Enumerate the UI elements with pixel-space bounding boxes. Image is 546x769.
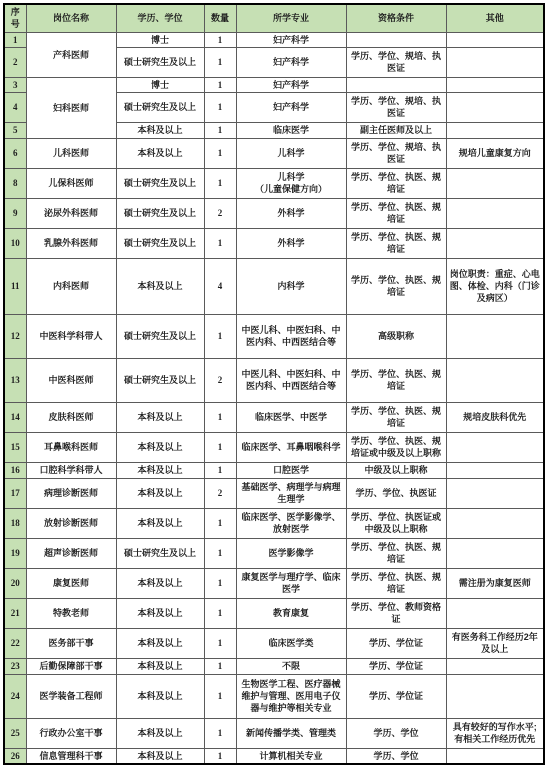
other-cell: 岗位职责：重症、心电图、体检、内科（门诊及病区）: [446, 258, 544, 314]
serial-number-cell: 21: [4, 598, 26, 628]
other-cell: [446, 598, 544, 628]
qualifications-cell: 高级职称: [346, 314, 446, 358]
other-cell: [446, 92, 544, 122]
position-name-cell: 产科医师: [26, 32, 116, 77]
other-cell: [446, 47, 544, 77]
serial-number-cell: 12: [4, 314, 26, 358]
other-cell: [446, 198, 544, 228]
other-cell: [446, 432, 544, 462]
position-name-cell: 超声诊断医师: [26, 538, 116, 568]
quantity-cell: 1: [204, 314, 236, 358]
education-degree-cell: 本科及以上: [116, 402, 204, 432]
serial-number-cell: 19: [4, 538, 26, 568]
table-row: 11内科医师本科及以上4内科学学历、学位、执医、规培证岗位职责：重症、心电图、体…: [4, 258, 544, 314]
qualifications-cell: 学历、学位、执医、规培证: [346, 568, 446, 598]
serial-number-cell: 24: [4, 674, 26, 718]
other-cell: [446, 674, 544, 718]
other-cell: [446, 122, 544, 138]
header-quantity: 数量: [204, 4, 236, 32]
education-degree-cell: 本科及以上: [116, 122, 204, 138]
quantity-cell: 1: [204, 748, 236, 764]
qualifications-cell: 学历、学位、教师资格证: [346, 598, 446, 628]
position-name-cell: 儿科医师: [26, 138, 116, 168]
other-cell: 规培皮肤科优先: [446, 402, 544, 432]
quantity-cell: 2: [204, 478, 236, 508]
position-name-cell: 妇科医师: [26, 77, 116, 138]
serial-number-cell: 13: [4, 358, 26, 402]
position-name-cell: 医务部干事: [26, 628, 116, 658]
table-row: 26信息管理科干事本科及以上1计算机相关专业学历、学位: [4, 748, 544, 764]
table-row: 23后勤保障部干事本科及以上1不限学历、学位证: [4, 658, 544, 674]
table-row: 25行政办公室干事本科及以上1新闻传播学类、管理类学历、学位具有较好的写作水平;…: [4, 718, 544, 748]
qualifications-cell: 学历、学位、执医、规培证或中级及以上职称: [346, 432, 446, 462]
position-name-cell: 放射诊断医师: [26, 508, 116, 538]
recruitment-table: 序号 岗位名称 学历、学位 数量 所学专业 资格条件 其他 1产科医师博士1妇产…: [3, 3, 545, 765]
serial-number-cell: 6: [4, 138, 26, 168]
quantity-cell: 1: [204, 47, 236, 77]
quantity-cell: 1: [204, 598, 236, 628]
other-cell: 有医务科工作经历2年及以上: [446, 628, 544, 658]
major-cell: 中医儿科、中医妇科、中医内科、中西医结合等: [236, 358, 346, 402]
qualifications-cell: [346, 32, 446, 47]
other-cell: 需注册为康复医师: [446, 568, 544, 598]
major-cell: 妇产科学: [236, 32, 346, 47]
position-name-cell: 耳鼻喉科医师: [26, 432, 116, 462]
major-cell: 临床医学类: [236, 628, 346, 658]
education-degree-cell: 本科及以上: [116, 568, 204, 598]
qualifications-cell: 学历、学位、执医、规培证: [346, 402, 446, 432]
position-name-cell: 中医科医师: [26, 358, 116, 402]
major-cell: 内科学: [236, 258, 346, 314]
position-name-cell: 儿保科医师: [26, 168, 116, 198]
table-row: 24医学装备工程师本科及以上1生物医学工程、医疗器械维护与管理、医用电子仪器与维…: [4, 674, 544, 718]
position-name-cell: 病理诊断医师: [26, 478, 116, 508]
education-degree-cell: 本科及以上: [116, 598, 204, 628]
serial-number-cell: 9: [4, 198, 26, 228]
table-row: 8儿保科医师硕士研究生及以上1儿科学 （儿童保健方向）学历、学位、执医、规培证: [4, 168, 544, 198]
qualifications-cell: 副主任医师及以上: [346, 122, 446, 138]
table-row: 10乳腺外科医师硕士研究生及以上1外科学学历、学位、执医、规培证: [4, 228, 544, 258]
qualifications-cell: 学历、学位、规培、执医证: [346, 138, 446, 168]
qualifications-cell: 学历、学位、执医、规培证: [346, 228, 446, 258]
quantity-cell: 1: [204, 122, 236, 138]
position-name-cell: 信息管理科干事: [26, 748, 116, 764]
qualifications-cell: [346, 77, 446, 92]
education-degree-cell: 硕士研究生及以上: [116, 358, 204, 402]
education-degree-cell: 本科及以上: [116, 674, 204, 718]
position-name-cell: 行政办公室干事: [26, 718, 116, 748]
major-cell: 妇产科学: [236, 92, 346, 122]
position-name-cell: 中医科学科带人: [26, 314, 116, 358]
other-cell: [446, 358, 544, 402]
major-cell: 医学影像学: [236, 538, 346, 568]
major-cell: 中医儿科、中医妇科、中医内科、中西医结合等: [236, 314, 346, 358]
education-degree-cell: 硕士研究生及以上: [116, 198, 204, 228]
serial-number-cell: 20: [4, 568, 26, 598]
serial-number-cell: 23: [4, 658, 26, 674]
header-other: 其他: [446, 4, 544, 32]
table-row: 18放射诊断医师本科及以上1临床医学、医学影像学、放射医学学历、学位、执医证或中…: [4, 508, 544, 538]
other-cell: [446, 508, 544, 538]
major-cell: 儿科学: [236, 138, 346, 168]
table-row: 3妇科医师博士1妇产科学: [4, 77, 544, 92]
education-degree-cell: 本科及以上: [116, 628, 204, 658]
serial-number-cell: 15: [4, 432, 26, 462]
serial-number-cell: 14: [4, 402, 26, 432]
position-name-cell: 乳腺外科医师: [26, 228, 116, 258]
education-degree-cell: 本科及以上: [116, 718, 204, 748]
quantity-cell: 1: [204, 538, 236, 568]
qualifications-cell: 中级及以上职称: [346, 462, 446, 478]
serial-number-cell: 8: [4, 168, 26, 198]
major-cell: 儿科学 （儿童保健方向）: [236, 168, 346, 198]
table-row: 1产科医师博士1妇产科学: [4, 32, 544, 47]
quantity-cell: 4: [204, 258, 236, 314]
education-degree-cell: 本科及以上: [116, 478, 204, 508]
qualifications-cell: 学历、学位: [346, 748, 446, 764]
table-row: 13中医科医师硕士研究生及以上2中医儿科、中医妇科、中医内科、中西医结合等学历、…: [4, 358, 544, 402]
header-education-degree: 学历、学位: [116, 4, 204, 32]
quantity-cell: 1: [204, 228, 236, 258]
education-degree-cell: 硕士研究生及以上: [116, 47, 204, 77]
qualifications-cell: 学历、学位证: [346, 628, 446, 658]
serial-number-cell: 26: [4, 748, 26, 764]
qualifications-cell: 学历、学位、执医证或中级及以上职称: [346, 508, 446, 538]
position-name-cell: 康复医师: [26, 568, 116, 598]
other-cell: [446, 462, 544, 478]
serial-number-cell: 25: [4, 718, 26, 748]
major-cell: 不限: [236, 658, 346, 674]
qualifications-cell: 学历、学位证: [346, 658, 446, 674]
major-cell: 口腔医学: [236, 462, 346, 478]
quantity-cell: 2: [204, 198, 236, 228]
education-degree-cell: 博士: [116, 77, 204, 92]
quantity-cell: 1: [204, 77, 236, 92]
education-degree-cell: 本科及以上: [116, 432, 204, 462]
major-cell: 生物医学工程、医疗器械维护与管理、医用电子仪器与维护等相关专业: [236, 674, 346, 718]
table-row: 22医务部干事本科及以上1临床医学类学历、学位证有医务科工作经历2年及以上: [4, 628, 544, 658]
major-cell: 临床医学、医学影像学、放射医学: [236, 508, 346, 538]
major-cell: 康复医学与理疗学、临床医学: [236, 568, 346, 598]
education-degree-cell: 硕士研究生及以上: [116, 538, 204, 568]
position-name-cell: 皮肤科医师: [26, 402, 116, 432]
major-cell: 基础医学、病理学与病理生理学: [236, 478, 346, 508]
serial-number-cell: 3: [4, 77, 26, 92]
education-degree-cell: 本科及以上: [116, 138, 204, 168]
quantity-cell: 1: [204, 628, 236, 658]
serial-number-cell: 10: [4, 228, 26, 258]
education-degree-cell: 博士: [116, 32, 204, 47]
position-name-cell: 特教老师: [26, 598, 116, 628]
other-cell: [446, 168, 544, 198]
position-name-cell: 泌尿外科医师: [26, 198, 116, 228]
qualifications-cell: 学历、学位、执医、规培证: [346, 168, 446, 198]
education-degree-cell: 本科及以上: [116, 748, 204, 764]
qualifications-cell: 学历、学位: [346, 718, 446, 748]
position-name-cell: 内科医师: [26, 258, 116, 314]
major-cell: 外科学: [236, 228, 346, 258]
qualifications-cell: 学历、学位、执医、规培证: [346, 358, 446, 402]
page: 序号 岗位名称 学历、学位 数量 所学专业 资格条件 其他 1产科医师博士1妇产…: [0, 0, 546, 769]
table-row: 9泌尿外科医师硕士研究生及以上2外科学学历、学位、执医、规培证: [4, 198, 544, 228]
quantity-cell: 1: [204, 402, 236, 432]
education-degree-cell: 硕士研究生及以上: [116, 228, 204, 258]
quantity-cell: 1: [204, 658, 236, 674]
qualifications-cell: 学历、学位、执医、规培证: [346, 258, 446, 314]
table-row: 17病理诊断医师本科及以上2基础医学、病理学与病理生理学学历、学位、执医证: [4, 478, 544, 508]
major-cell: 临床医学、耳鼻咽喉科学: [236, 432, 346, 462]
table-header: 序号 岗位名称 学历、学位 数量 所学专业 资格条件 其他: [4, 4, 544, 32]
education-degree-cell: 本科及以上: [116, 258, 204, 314]
serial-number-cell: 22: [4, 628, 26, 658]
education-degree-cell: 硕士研究生及以上: [116, 168, 204, 198]
table-body: 1产科医师博士1妇产科学2硕士研究生及以上1妇产科学学历、学位、规培、执医证3妇…: [4, 32, 544, 764]
table-row: 6儿科医师本科及以上1儿科学学历、学位、规培、执医证规培儿童康复方向: [4, 138, 544, 168]
serial-number-cell: 18: [4, 508, 26, 538]
serial-number-cell: 4: [4, 92, 26, 122]
other-cell: 具有较好的写作水平;有相关工作经历优先: [446, 718, 544, 748]
serial-number-cell: 2: [4, 47, 26, 77]
position-name-cell: 后勤保障部干事: [26, 658, 116, 674]
qualifications-cell: 学历、学位、执医、规培证: [346, 198, 446, 228]
serial-number-cell: 17: [4, 478, 26, 508]
other-cell: [446, 228, 544, 258]
education-degree-cell: 硕士研究生及以上: [116, 314, 204, 358]
other-cell: [446, 32, 544, 47]
education-degree-cell: 本科及以上: [116, 658, 204, 674]
qualifications-cell: 学历、学位、规培、执医证: [346, 47, 446, 77]
header-qualifications: 资格条件: [346, 4, 446, 32]
serial-number-cell: 5: [4, 122, 26, 138]
qualifications-cell: 学历、学位、执医、规培证: [346, 538, 446, 568]
quantity-cell: 1: [204, 674, 236, 718]
qualifications-cell: 学历、学位、执医证: [346, 478, 446, 508]
major-cell: 妇产科学: [236, 47, 346, 77]
table-row: 12中医科学科带人硕士研究生及以上1中医儿科、中医妇科、中医内科、中西医结合等高…: [4, 314, 544, 358]
major-cell: 临床医学、中医学: [236, 402, 346, 432]
table-row: 14皮肤科医师本科及以上1临床医学、中医学学历、学位、执医、规培证规培皮肤科优先: [4, 402, 544, 432]
major-cell: 教育康复: [236, 598, 346, 628]
quantity-cell: 1: [204, 568, 236, 598]
serial-number-cell: 16: [4, 462, 26, 478]
table-row: 19超声诊断医师硕士研究生及以上1医学影像学学历、学位、执医、规培证: [4, 538, 544, 568]
qualifications-cell: 学历、学位证: [346, 674, 446, 718]
position-name-cell: 口腔科学科带人: [26, 462, 116, 478]
education-degree-cell: 本科及以上: [116, 462, 204, 478]
quantity-cell: 1: [204, 92, 236, 122]
other-cell: [446, 77, 544, 92]
serial-number-cell: 11: [4, 258, 26, 314]
table-row: 21特教老师本科及以上1教育康复学历、学位、教师资格证: [4, 598, 544, 628]
table-row: 16口腔科学科带人本科及以上1口腔医学中级及以上职称: [4, 462, 544, 478]
other-cell: [446, 748, 544, 764]
other-cell: 规培儿童康复方向: [446, 138, 544, 168]
qualifications-cell: 学历、学位、规培、执医证: [346, 92, 446, 122]
quantity-cell: 2: [204, 358, 236, 402]
major-cell: 临床医学: [236, 122, 346, 138]
quantity-cell: 1: [204, 432, 236, 462]
other-cell: [446, 478, 544, 508]
other-cell: [446, 314, 544, 358]
quantity-cell: 1: [204, 462, 236, 478]
quantity-cell: 1: [204, 32, 236, 47]
header-serial-number: 序号: [4, 4, 26, 32]
table-row: 15耳鼻喉科医师本科及以上1临床医学、耳鼻咽喉科学学历、学位、执医、规培证或中级…: [4, 432, 544, 462]
major-cell: 计算机相关专业: [236, 748, 346, 764]
other-cell: [446, 538, 544, 568]
header-major: 所学专业: [236, 4, 346, 32]
major-cell: 妇产科学: [236, 77, 346, 92]
major-cell: 新闻传播学类、管理类: [236, 718, 346, 748]
education-degree-cell: 本科及以上: [116, 508, 204, 538]
major-cell: 外科学: [236, 198, 346, 228]
header-row: 序号 岗位名称 学历、学位 数量 所学专业 资格条件 其他: [4, 4, 544, 32]
quantity-cell: 1: [204, 718, 236, 748]
table-row: 20康复医师本科及以上1康复医学与理疗学、临床医学学历、学位、执医、规培证需注册…: [4, 568, 544, 598]
quantity-cell: 1: [204, 138, 236, 168]
quantity-cell: 1: [204, 168, 236, 198]
header-position-name: 岗位名称: [26, 4, 116, 32]
position-name-cell: 医学装备工程师: [26, 674, 116, 718]
education-degree-cell: 硕士研究生及以上: [116, 92, 204, 122]
quantity-cell: 1: [204, 508, 236, 538]
serial-number-cell: 1: [4, 32, 26, 47]
other-cell: [446, 658, 544, 674]
